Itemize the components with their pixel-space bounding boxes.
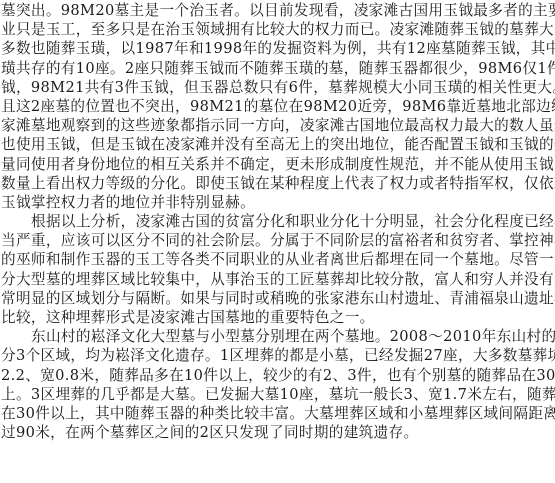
text-line: 且这2座墓的位置也不突出，98M21的墓位在98M20近旁，98M6靠近墓地北部… <box>1 97 554 116</box>
text-line: 分大型墓的埋葬区域比较集中，从事治玉的工匠墓葬却比较分散，富人和穷人并没有非 <box>1 270 554 289</box>
text-line: 业只是玉工，至多只是在治玉领域拥有比较大的权力而已。凌家滩随葬玉钺的墓葬大 <box>1 20 554 39</box>
text-line: 多数也随葬玉璜，以1987年和1998年的发掘资料为例，共有12座墓随葬玉钺，其… <box>1 39 554 58</box>
paragraph-dongshan-village: 东山村的崧泽文化大型墓与小型墓分别埋在两个墓地。2008～2010年东山村的发掘… <box>1 327 555 442</box>
text-line: 在30件以上，其中随葬玉器的种类比较丰富。大墓埋葬区域和小墓埋葬区域间隔距离超 <box>1 404 554 423</box>
text-line: 玉钺掌控权力者的地位并非特别显赫。 <box>1 193 554 212</box>
text-line: 常明显的区域划分与隔断。如果与同时或稍晚的张家港东山村遗址、青浦福泉山遗址相 <box>1 289 554 308</box>
text-line: 根据以上分析，凌家滩古国的贫富分化和职业分化十分明显，社会分化程度已经相 <box>1 212 554 231</box>
text-line: 分3个区域，均为崧泽文化遗存。1区埋葬的都是小墓，已经发掘27座，大多数墓葬坑长 <box>1 346 554 365</box>
text-line: 比较，这种埋葬形式是凌家滩古国墓地的重要特色之一。 <box>1 308 554 327</box>
text-line: 家滩墓地观察到的这些迹象都指示同一方向，凌家滩古国地位最高权力最大的数人虽然 <box>1 116 554 135</box>
text-line: 当严重，应该可以区分不同的社会阶层。分属于不同阶层的富裕者和贫穷者、掌控神权 <box>1 231 554 250</box>
text-line: 也使用玉钺，但是玉钺在凌家滩并没有至高无上的突出地位，能否配置玉钺和玉钺的数 <box>1 135 554 154</box>
text-line: 2.2、宽0.8米，随葬品多在10件以上，较少的有2、3件，也有个别墓的随葬品在… <box>1 366 554 385</box>
paragraph-social-stratification: 根据以上分析，凌家滩古国的贫富分化和职业分化十分明显，社会分化程度已经相 当严重… <box>1 212 555 327</box>
text-line: 墓突出。98M20墓主是一个治玉者。以目前发现看，凌家滩古国用玉钺最多者的主要职 <box>1 1 554 20</box>
text-line: 璜共存的有10座。2座只随葬玉钺而不随葬玉璜的墓，随葬玉器都很少，98M6仅1件… <box>1 59 554 78</box>
paragraph-jade-axe-analysis: 墓突出。98M20墓主是一个治玉者。以目前发现看，凌家滩古国用玉钺最多者的主要职… <box>1 1 555 212</box>
text-line: 上。3区埋葬的几乎都是大墓。已发掘大墓10座，墓坑一般长3、宽1.7米左右，随葬… <box>1 385 554 404</box>
document-page: 墓突出。98M20墓主是一个治玉者。以目前发现看，凌家滩古国用玉钺最多者的主要职… <box>0 0 555 483</box>
text-line: 东山村的崧泽文化大型墓与小型墓分别埋在两个墓地。2008～2010年东山村的发掘 <box>1 327 554 346</box>
text-line: 过90米，在两个墓葬区之间的2区只发现了同时期的建筑遗存。 <box>1 423 554 442</box>
text-line: 量同使用者身份地位的相互关系并不确定，更未形成制度性规范，并不能从使用玉钺的 <box>1 155 554 174</box>
text-line: 钺，98M21共有3件玉钺，但玉器总数只有6件，墓葬规模大小同玉璜的相关性更大。… <box>1 78 554 97</box>
text-line: 的巫师和制作玉器的玉工等各类不同职业的从业者离世后都埋在同一个墓地。尽管一部 <box>1 250 554 269</box>
text-line: 数量上看出权力等级的分化。即使玉钺在某种程度上代表了权力或者特指军权，仅依赖 <box>1 174 554 193</box>
